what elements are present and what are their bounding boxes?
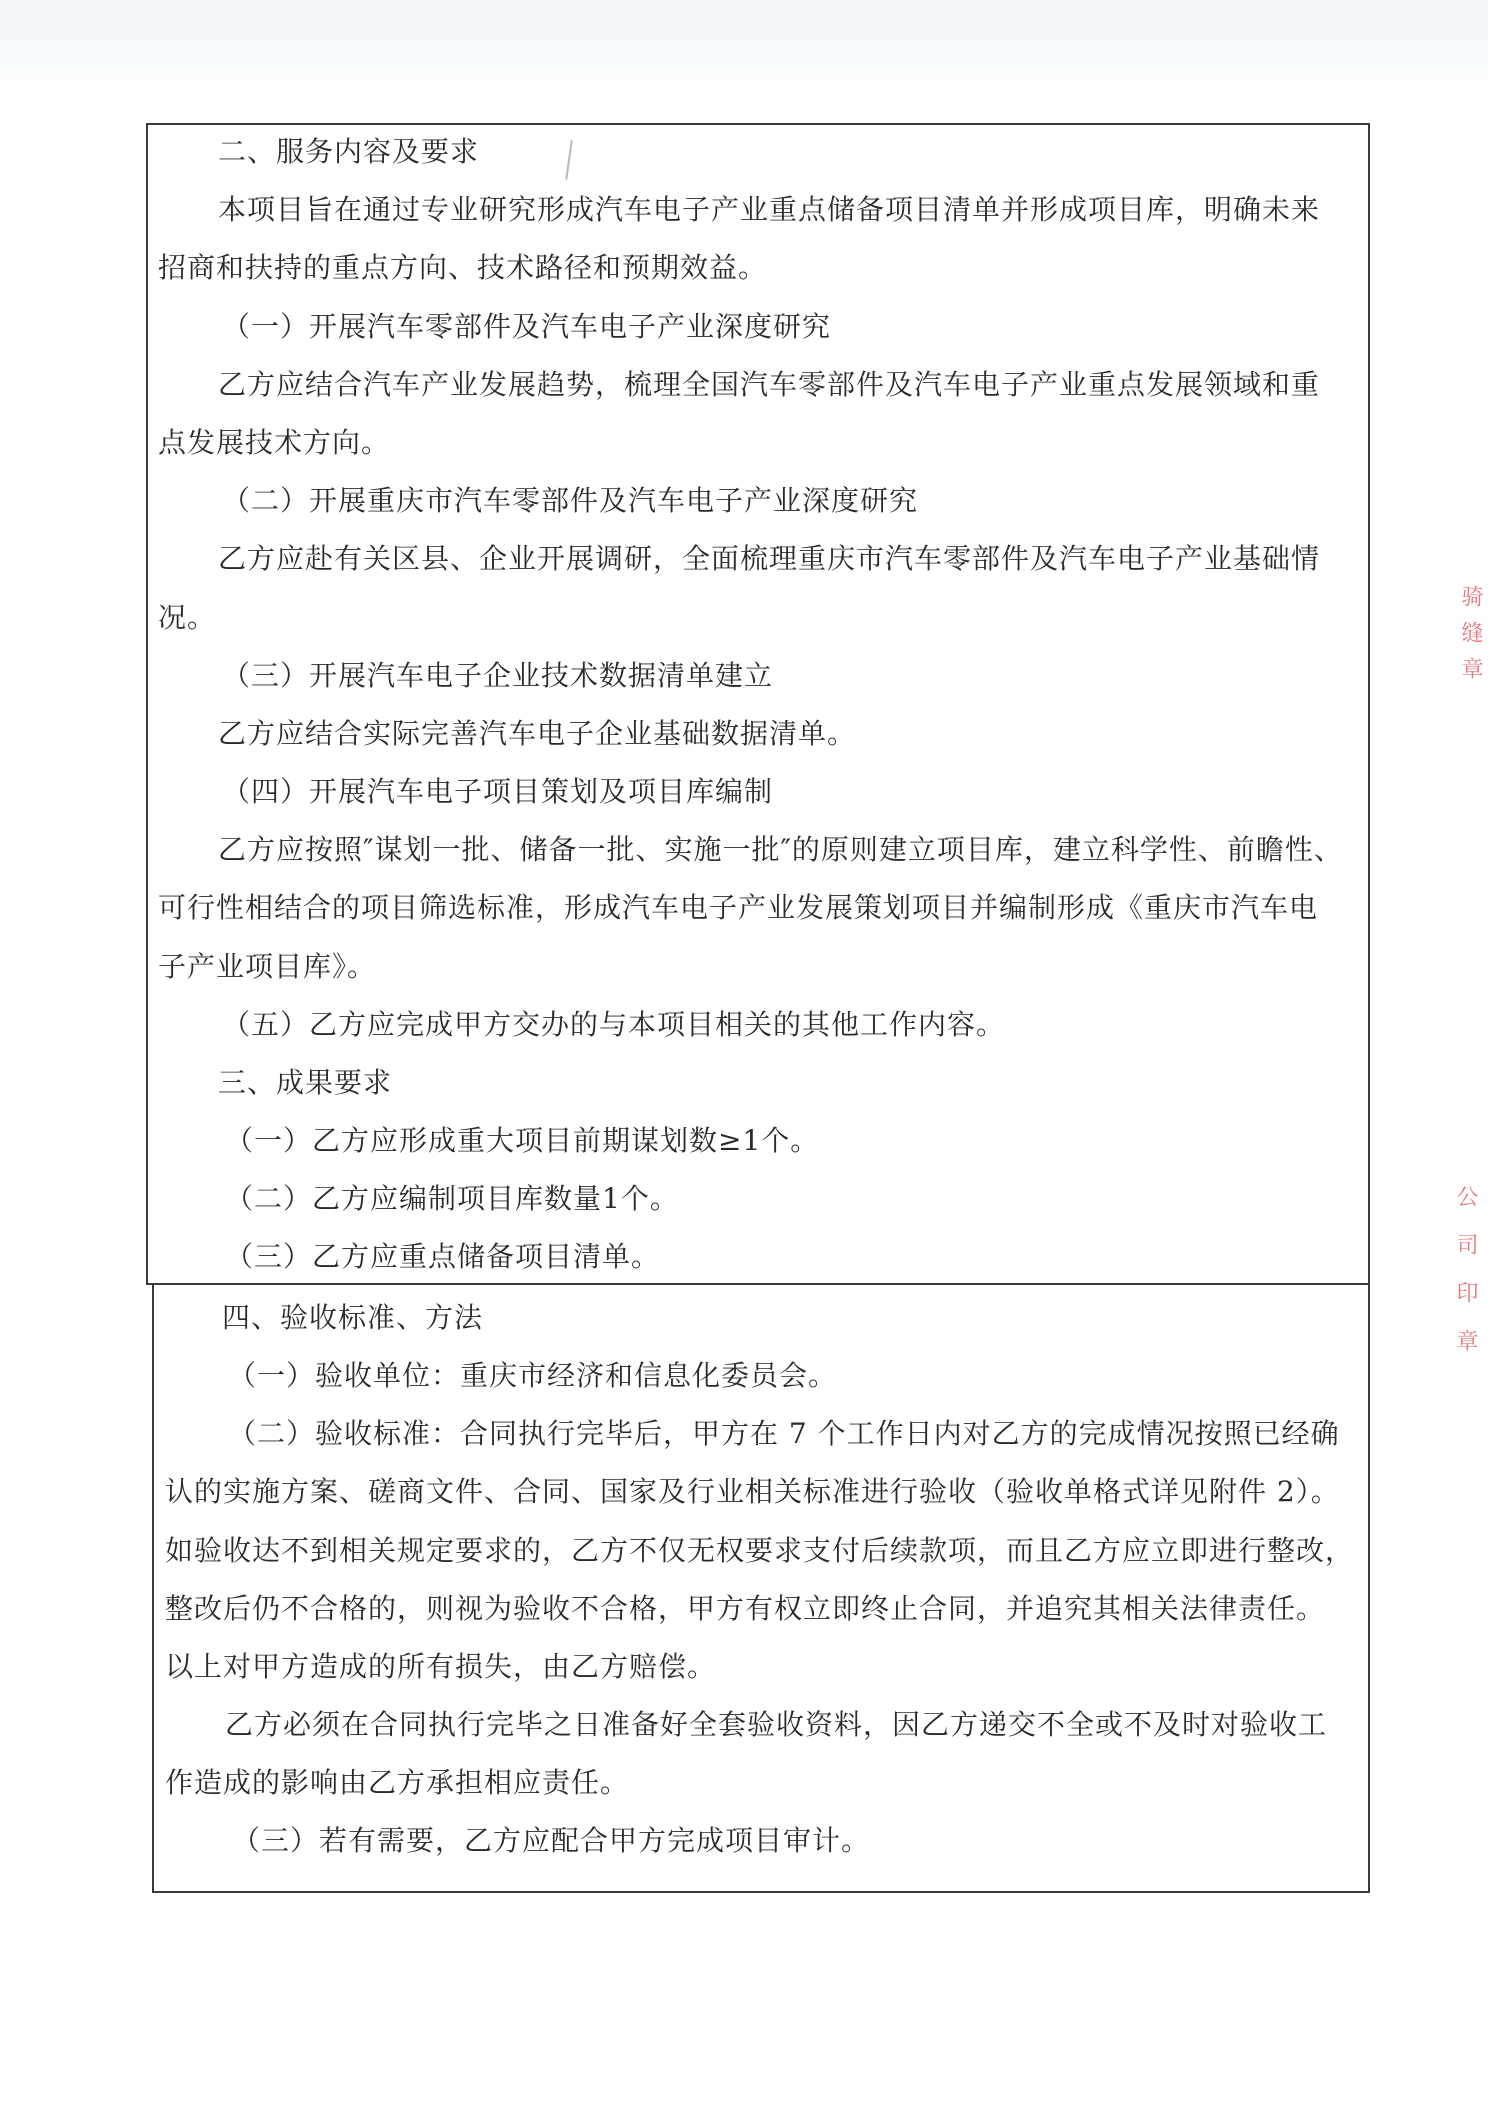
section3-heading: 三、成果要求: [218, 1065, 392, 1101]
scan-tint: [0, 0, 1488, 100]
seal-fragment-upper: 骑缝章: [1455, 585, 1486, 715]
acceptance-standard-line1: （二）验收标准：合同执行完毕后，甲方在 7 个工作日内对乙方的完成情况按照已经确: [228, 1416, 1340, 1452]
section2-intro-line2: 招商和扶持的重点方向、技术路径和预期效益。: [158, 250, 767, 286]
item4-title: （四）开展汽车电子项目策划及项目库编制: [222, 774, 773, 810]
item4-body-line2: 可行性相结合的项目筛选标准，形成汽车电子产业发展策划项目并编制形成《重庆市汽车电: [158, 890, 1318, 926]
section-box-services-results: [146, 123, 1370, 1285]
item2-body-line1: 乙方应赴有关区县、企业开展调研，全面梳理重庆市汽车零部件及汽车电子产业基础情: [218, 541, 1320, 577]
acceptance-standard-line4: 整改后仍不合格的，则视为验收不合格，甲方有权立即终止合同，并追究其相关法律责任。: [165, 1591, 1325, 1627]
seal-fragment-lower: 公司印章: [1450, 1185, 1481, 1415]
item3-body-line1: 乙方应结合实际完善汽车电子企业基础数据清单。: [218, 716, 856, 752]
section2-heading: 二、服务内容及要求: [218, 134, 479, 170]
acceptance-materials-line2: 作造成的影响由乙方承担相应责任。: [165, 1765, 629, 1801]
item2-body-line2: 况。: [158, 600, 216, 636]
audit-item: （三）若有需要，乙方应配合甲方完成项目审计。: [232, 1823, 870, 1859]
acceptance-standard-line2: 认的实施方案、磋商文件、合同、国家及行业相关标准进行验收（验收单格式详见附件 2…: [165, 1474, 1340, 1510]
item2-title: （二）开展重庆市汽车零部件及汽车电子产业深度研究: [222, 483, 918, 519]
item1-body-line1: 乙方应结合汽车产业发展趋势，梳理全国汽车零部件及汽车电子产业重点发展领域和重: [218, 367, 1320, 403]
item4-body-line3: 子产业项目库》。: [158, 949, 376, 985]
result-item-1: （一）乙方应形成重大项目前期谋划数≥1个。: [225, 1123, 819, 1159]
section4-heading: 四、验收标准、方法: [222, 1300, 483, 1336]
result-item-2: （二）乙方应编制项目库数量1个。: [225, 1181, 679, 1217]
acceptance-unit: （一）验收单位：重庆市经济和信息化委员会。: [228, 1358, 837, 1394]
item1-body-line2: 点发展技术方向。: [158, 425, 390, 461]
item1-title: （一）开展汽车零部件及汽车电子产业深度研究: [222, 309, 831, 345]
acceptance-materials-line1: 乙方必须在合同执行完毕之日准备好全套验收资料，因乙方递交不全或不及时对验收工: [225, 1707, 1327, 1743]
result-item-3: （三）乙方应重点储备项目清单。: [225, 1239, 660, 1275]
item5-title: （五）乙方应完成甲方交办的与本项目相关的其他工作内容。: [222, 1007, 1005, 1043]
section2-intro-line1: 本项目旨在通过专业研究形成汽车电子产业重点储备项目清单并形成项目库，明确未来: [218, 192, 1320, 228]
acceptance-standard-line3: 如验收达不到相关规定要求的，乙方不仅无权要求支付后续款项，而且乙方应立即进行整改…: [165, 1533, 1354, 1569]
acceptance-standard-line5: 以上对甲方造成的所有损失，由乙方赔偿。: [165, 1649, 716, 1685]
item4-body-line1: 乙方应按照″谋划一批、储备一批、实施一批″的原则建立项目库，建立科学性、前瞻性、: [218, 832, 1343, 868]
item3-title: （三）开展汽车电子企业技术数据清单建立: [222, 658, 773, 694]
